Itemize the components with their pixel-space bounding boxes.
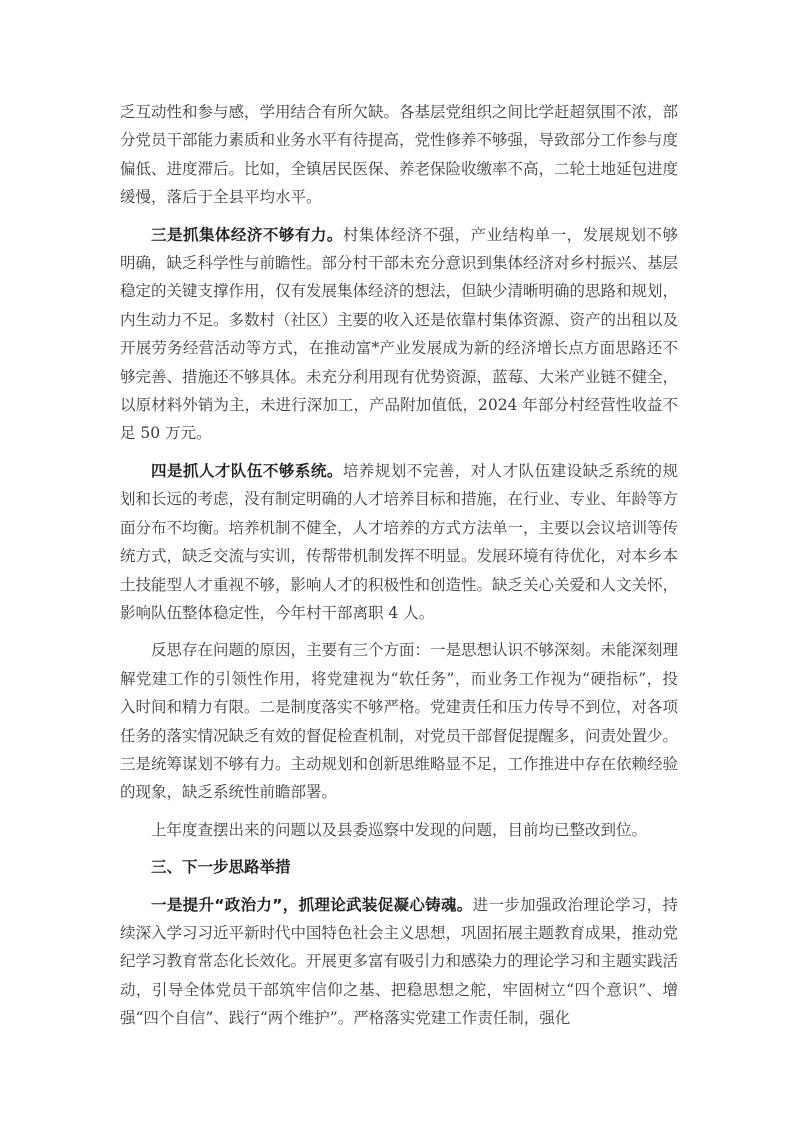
section-heading: 三、下一步思路举措 xyxy=(120,853,678,881)
paragraph-collective-economy: 三是抓集体经济不够有力。村集体经济不强，产业结构单一，发展规划不够明确，缺乏科学… xyxy=(120,221,678,448)
paragraph-lead: 三是抓集体经济不够有力。 xyxy=(151,226,343,244)
paragraph-reflection: 反思存在问题的原因，主要有三个方面：一是思想认识不够深刻。未能深刻理解党建工作的… xyxy=(120,636,678,806)
paragraph-lead: 四是抓人才队伍不够系统。 xyxy=(151,462,343,480)
document-body: 乏互动性和参与感，学用结合有所欠缺。各基层党组织之间比学赶超氛围不浓，部分党员干… xyxy=(120,98,678,1042)
paragraph-text: 村集体经济不强，产业结构单一，发展规划不够明确，缺乏科学性与前瞻性。部分村干部未… xyxy=(120,226,678,443)
paragraph-text: 乏互动性和参与感，学用结合有所欠缺。各基层党组织之间比学赶超氛围不浓，部分党员干… xyxy=(120,103,678,206)
paragraph-political-power: 一是提升“政治力”，抓理论武装促凝心铸魂。进一步加强政治理论学习，持续深入学习习… xyxy=(120,891,678,1033)
paragraph-continuation: 乏互动性和参与感，学用结合有所欠缺。各基层党组织之间比学赶超氛围不浓，部分党员干… xyxy=(120,98,678,212)
paragraph-rectification: 上年度查摆出来的问题以及县委巡察中发现的问题，目前均已整改到位。 xyxy=(120,816,678,844)
paragraph-text: 培养规划不完善，对人才队伍建设缺乏系统的规划和长远的考虑，没有制定明确的人才培养… xyxy=(120,462,678,622)
paragraph-lead: 一是提升“政治力”，抓理论武装促凝心铸魂。 xyxy=(151,896,473,914)
paragraph-talent-team: 四是抓人才队伍不够系统。培养规划不完善，对人才队伍建设缺乏系统的规划和长远的考虑… xyxy=(120,457,678,627)
paragraph-text: 进一步加强政治理论学习，持续深入学习习近平新时代中国特色社会主义思想，巩固拓展主… xyxy=(120,896,678,1028)
paragraph-text: 上年度查摆出来的问题以及县委巡察中发现的问题，目前均已整改到位。 xyxy=(151,821,647,839)
document-page: 乏互动性和参与感，学用结合有所欠缺。各基层党组织之间比学赶超氛围不浓，部分党员干… xyxy=(0,0,793,1122)
paragraph-text: 反思存在问题的原因，主要有三个方面：一是思想认识不够深刻。未能深刻理解党建工作的… xyxy=(120,641,678,801)
